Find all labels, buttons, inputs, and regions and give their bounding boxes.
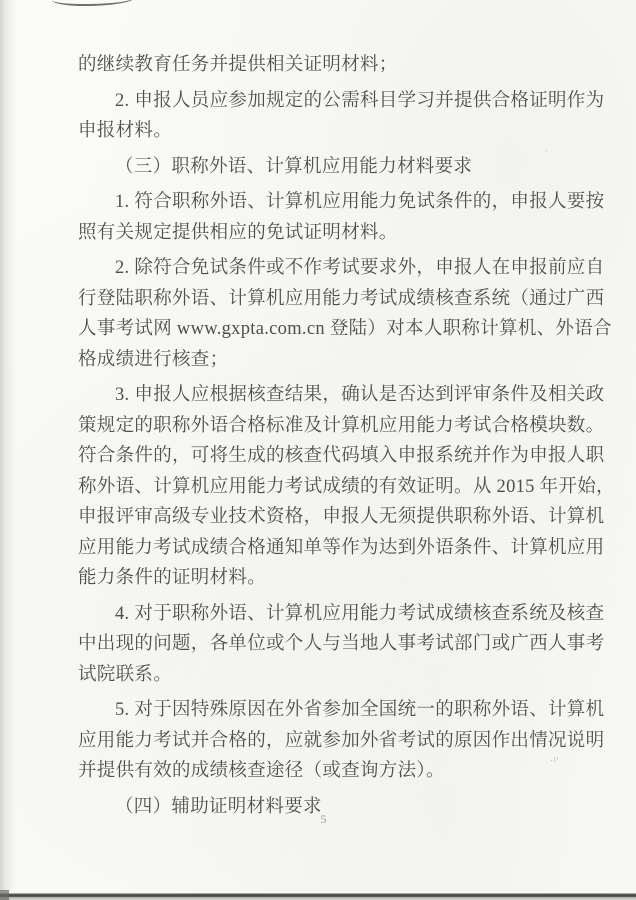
text-line: 2. 申报人员应参加规定的公需科目学习并提供合格证明作为 — [78, 86, 570, 117]
text-line: 4. 对于职称外语、计算机应用能力考试成绩核查系统及核查 — [78, 599, 570, 630]
text-line: 应用能力考试成绩合格通知单等作为达到外语条件、计算机应用 — [78, 533, 570, 564]
text-line: 申报材料。 — [78, 116, 570, 147]
paragraph: 2. 申报人员应参加规定的公需科目学习并提供合格证明作为 申报材料。 — [78, 86, 570, 147]
text-line: 1. 符合职称外语、计算机应用能力免试条件的，申报人要按 — [78, 187, 570, 218]
document-body: 的继续教育任务并提供相关证明材料； 2. 申报人员应参加规定的公需科目学习并提供… — [78, 50, 570, 822]
text-line: （三）职称外语、计算机应用能力材料要求 — [78, 152, 570, 183]
paragraph: 的继续教育任务并提供相关证明材料； — [78, 50, 570, 81]
scan-edge-left — [0, 0, 16, 900]
text-line: 并提供有效的成绩核查途径（或查询方法）。 — [78, 756, 570, 787]
section-heading: （三）职称外语、计算机应用能力材料要求 — [78, 152, 570, 183]
text-line: 格成绩进行核查； — [78, 345, 570, 376]
paragraph: 4. 对于职称外语、计算机应用能力考试成绩核查系统及核查 中出现的问题，各单位或… — [78, 599, 570, 691]
text-line: 照有关规定提供相应的免试证明材料。 — [78, 218, 570, 249]
text-line: 2. 除符合免试条件或不作考试要求外，申报人在申报前应自 — [78, 253, 570, 284]
paragraph: 1. 符合职称外语、计算机应用能力免试条件的，申报人要按 照有关规定提供相应的免… — [78, 187, 570, 248]
text-line: 中出现的问题，各单位或个人与当地人事考试部门或广西人事考 — [78, 629, 570, 660]
scan-corner-bottom-left — [0, 890, 9, 900]
text-line: 应用能力考试并合格的，应就参加外省考试的原因作出情况说明 — [78, 726, 570, 757]
text-line: 5. 对于因特殊原因在外省参加全国统一的职称外语、计算机 — [78, 695, 570, 726]
paragraph: 5. 对于因特殊原因在外省参加全国统一的职称外语、计算机 应用能力考试并合格的，… — [78, 695, 570, 787]
text-line: 能力条件的证明材料。 — [78, 563, 570, 594]
scanned-page: 的继续教育任务并提供相关证明材料； 2. 申报人员应参加规定的公需科目学习并提供… — [0, 0, 636, 900]
text-line: 的继续教育任务并提供相关证明材料； — [78, 50, 570, 81]
scan-artifact-top — [52, 0, 134, 6]
text-line: 试院联系。 — [78, 660, 570, 691]
text-line: 策规定的职称外语合格标准及计算机应用能力考试合格模块数。 — [78, 411, 570, 442]
text-line: 申报评审高级专业技术资格，申报人无须提供职称外语、计算机 — [78, 502, 570, 533]
scan-speck: ·¹' — [550, 756, 558, 767]
scan-speck: · — [545, 146, 548, 156]
paragraph: 2. 除符合免试条件或不作考试要求外，申报人在申报前应自 行登陆职称外语、计算机… — [78, 253, 570, 375]
text-line: 3. 申报人应根据核查结果，确认是否达到评审条件及相关政 — [78, 380, 570, 411]
text-line: 称外语、计算机应用能力考试成绩的有效证明。从 2015 年开始， — [78, 472, 570, 503]
text-line: 行登陆职称外语、计算机应用能力考试成绩核查系统（通过广西 — [78, 284, 570, 315]
page-number: 5 — [78, 812, 570, 827]
scan-edge-bottom — [0, 891, 636, 900]
text-line: 符合条件的，可将生成的核查代码填入申报系统并作为申报人职 — [78, 441, 570, 472]
text-line: 人事考试网 www.gxpta.com.cn 登陆）对本人职称计算机、外语合 — [78, 314, 570, 345]
paragraph: 3. 申报人应根据核查结果，确认是否达到评审条件及相关政 策规定的职称外语合格标… — [78, 380, 570, 594]
